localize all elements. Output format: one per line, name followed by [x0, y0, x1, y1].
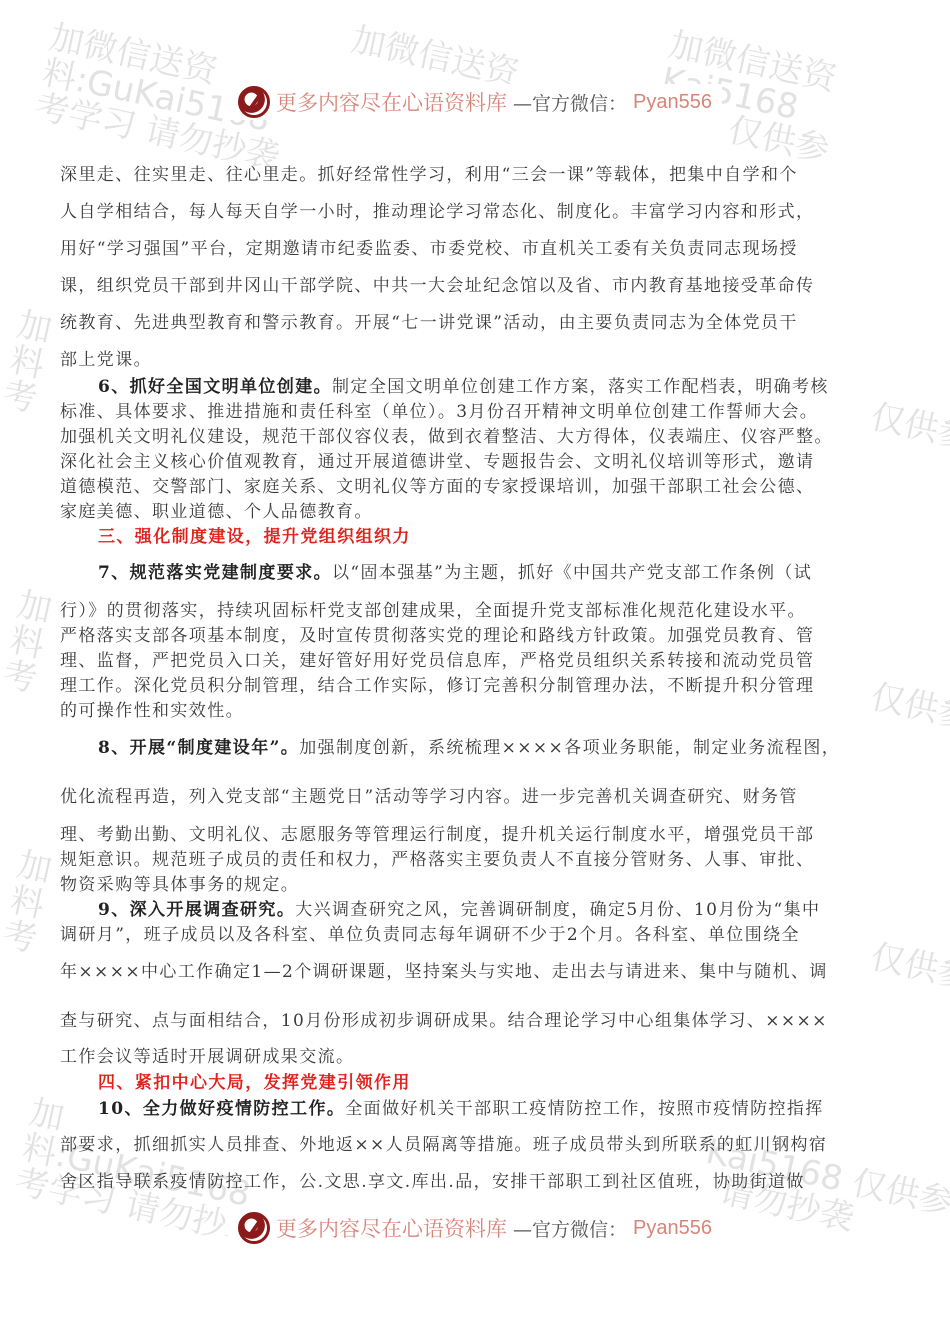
paragraph-line: 调研月”，班子成员以及各科室、单位负责同志每年调研不少于2个月。各科室、单位围绕…: [60, 920, 800, 945]
pen-logo-icon: [238, 1212, 270, 1244]
watermark: 仅供参: [867, 400, 950, 456]
item-9-first-line: 9、深入开展调查研究。大兴调查研究之风，完善调研制度，确定5月份、10月份为“集…: [98, 895, 820, 920]
paragraph-line: 统教育、先进典型教育和警示教育。开展“七一讲党课”活动，由主要负责同志为全体党员…: [60, 308, 798, 333]
watermark: 加料考: [0, 848, 55, 960]
watermark: 加微信送资: [348, 23, 522, 93]
item-10-first-line: 10、全力做好疫情防控工作。全面做好机关干部职工疫情防控工作，按照市疫情防控指挥: [98, 1094, 824, 1119]
paragraph-line: 物资采购等具体事务的规定。: [60, 870, 299, 895]
paragraph-line: 理、监督，严把党员入口关，建好管好用好党员信息库，严格党员组织关系转接和流动党员…: [60, 646, 814, 671]
watermark: 加料考: [0, 588, 55, 700]
banner-separator-text: —官方微信：: [513, 1215, 627, 1242]
banner-main-text: 更多内容尽在心语资料库: [276, 87, 507, 117]
top-banner: 更多内容尽在心语资料库 —官方微信： Pyan556: [0, 84, 950, 124]
paragraph-line: 部要求，抓细抓实人员排查、外地返××人员隔离等措施。班子成员带头到所联系的虹川钢…: [60, 1130, 827, 1155]
section-heading-3: 三、强化制度建设，提升党组织组织力: [98, 522, 411, 547]
item-8-text: 加强制度创新，系统梳理××××各项业务职能，制定业务流程图，: [299, 738, 840, 758]
item-6-title: 6、抓好全国文明单位创建。: [98, 377, 332, 397]
paragraph-line: 规矩意识。规范班子成员的责任和权力，严格落实主要负责人不直接分管财务、人事、审批…: [60, 845, 814, 870]
banner-wechat-id: Pyan556: [633, 91, 712, 114]
paragraph-line: 用好“学习强国”平台，定期邀请市纪委监委、市委党校、市直机关工委有关负责同志现场…: [60, 234, 798, 259]
paragraph-line: 行）》的贯彻落实，持续巩固标杆党支部创建成果，全面提升党支部标准化规范化建设水平…: [60, 596, 806, 621]
banner-separator-text: —官方微信：: [513, 89, 627, 116]
item-10-text: 全面做好机关干部职工疫情防控工作，按照市疫情防控指挥: [345, 1099, 823, 1119]
paragraph-line: 课，组织党员干部到井冈山干部学院、中共一大会址纪念馆以及省、市内教育基地接受革命…: [60, 271, 814, 296]
item-7-first-line: 7、规范落实党建制度要求。以“固本强基”为主题，抓好《中国共产党支部工作条例（试: [98, 558, 812, 583]
paragraph-line: 深里走、往实里走、往心里走。抓好经常性学习，利用“三会一课”等载体，把集中自学和…: [60, 160, 798, 185]
paragraph-line: 的可操作性和实效性。: [60, 696, 244, 721]
watermark: 仅供参: [867, 680, 950, 736]
bottom-banner: 更多内容尽在心语资料库 —官方微信： Pyan556: [0, 1210, 950, 1250]
pen-logo-icon: [238, 86, 270, 118]
paragraph-line: 理工作。深化党员积分制管理，结合工作实际，修订完善积分制管理办法，不断提升积分管…: [60, 671, 814, 696]
paragraph-line: 工作会议等适时开展调研成果交流。: [60, 1042, 354, 1067]
paragraph-line: 家庭美德、职业道德、个人品德教育。: [60, 497, 373, 522]
paragraph-line: 标准、具体要求、推进措施和责任科室（单位）。3月份召开精神文明单位创建工作誓师大…: [60, 397, 818, 422]
watermark: 仅供参: [867, 940, 950, 996]
paragraph-line: 部上党课。: [60, 345, 152, 370]
item-8-title: 8、开展“制度建设年”。: [98, 738, 299, 758]
paragraph-line: 年××××中心工作确定1—2个调研课题，坚持案头与实地、走出去与请进来、集中与随…: [60, 957, 828, 982]
banner-wechat-id: Pyan556: [633, 1217, 712, 1240]
item-7-text: 以“固本强基”为主题，抓好《中国共产党支部工作条例（试: [332, 563, 812, 583]
item-9-text: 大兴调查研究之风，完善调研制度，确定5月份、10月份为“集中: [295, 900, 820, 920]
item-9-title: 9、深入开展调查研究。: [98, 900, 295, 920]
item-7-title: 7、规范落实党建制度要求。: [98, 563, 332, 583]
paragraph-line: 道德模范、交警部门、家庭关系、文明礼仪等方面的专家授课培训，加强干部职工社会公德…: [60, 472, 814, 497]
paragraph-line: 严格落实支部各项基本制度，及时宣传贯彻落实党的理论和路线方针政策。加强党员教育、…: [60, 621, 814, 646]
section-heading-4: 四、紧扣中心大局，发挥党建引领作用: [98, 1068, 411, 1093]
paragraph-line: 人自学相结合，每人每天自学一小时，推动理论学习常态化、制度化。丰富学习内容和形式…: [60, 197, 814, 222]
item-8-first-line: 8、开展“制度建设年”。加强制度创新，系统梳理××××各项业务职能，制定业务流程…: [98, 733, 840, 758]
paragraph-line: 舍区指导联系疫情防控工作，公.文思.享文.库出.品，安排干部职工到社区值班，协助…: [60, 1167, 805, 1192]
paragraph-line: 优化流程再造，列入党支部“主题党日”活动等学习内容。进一步完善机关调查研究、财务…: [60, 782, 798, 807]
paragraph-line: 深化社会主义核心价值观教育，通过开展道德讲堂、专题报告会、文明礼仪培训等形式，邀…: [60, 447, 814, 472]
banner-main-text: 更多内容尽在心语资料库: [276, 1213, 507, 1243]
item-10-title: 10、全力做好疫情防控工作。: [98, 1099, 345, 1119]
watermark: 加料考: [0, 308, 55, 420]
paragraph-line: 加强机关文明礼仪建设，规范干部仪容仪表，做到衣着整洁、大方得体，仪表端庄、仪容严…: [60, 422, 833, 447]
item-6-text: 制定全国文明单位创建工作方案，落实工作配档表，明确考核: [332, 377, 829, 397]
paragraph-line: 理、考勤出勤、文明礼仪、志愿服务等管理运行制度，提升机关运行制度水平，增强党员干…: [60, 820, 814, 845]
paragraph-line: 查与研究、点与面相结合，10月份形成初步调研成果。结合理论学习中心组集体学习、×…: [60, 1006, 828, 1031]
item-6-first-line: 6、抓好全国文明单位创建。制定全国文明单位创建工作方案，落实工作配档表，明确考核: [98, 372, 829, 397]
